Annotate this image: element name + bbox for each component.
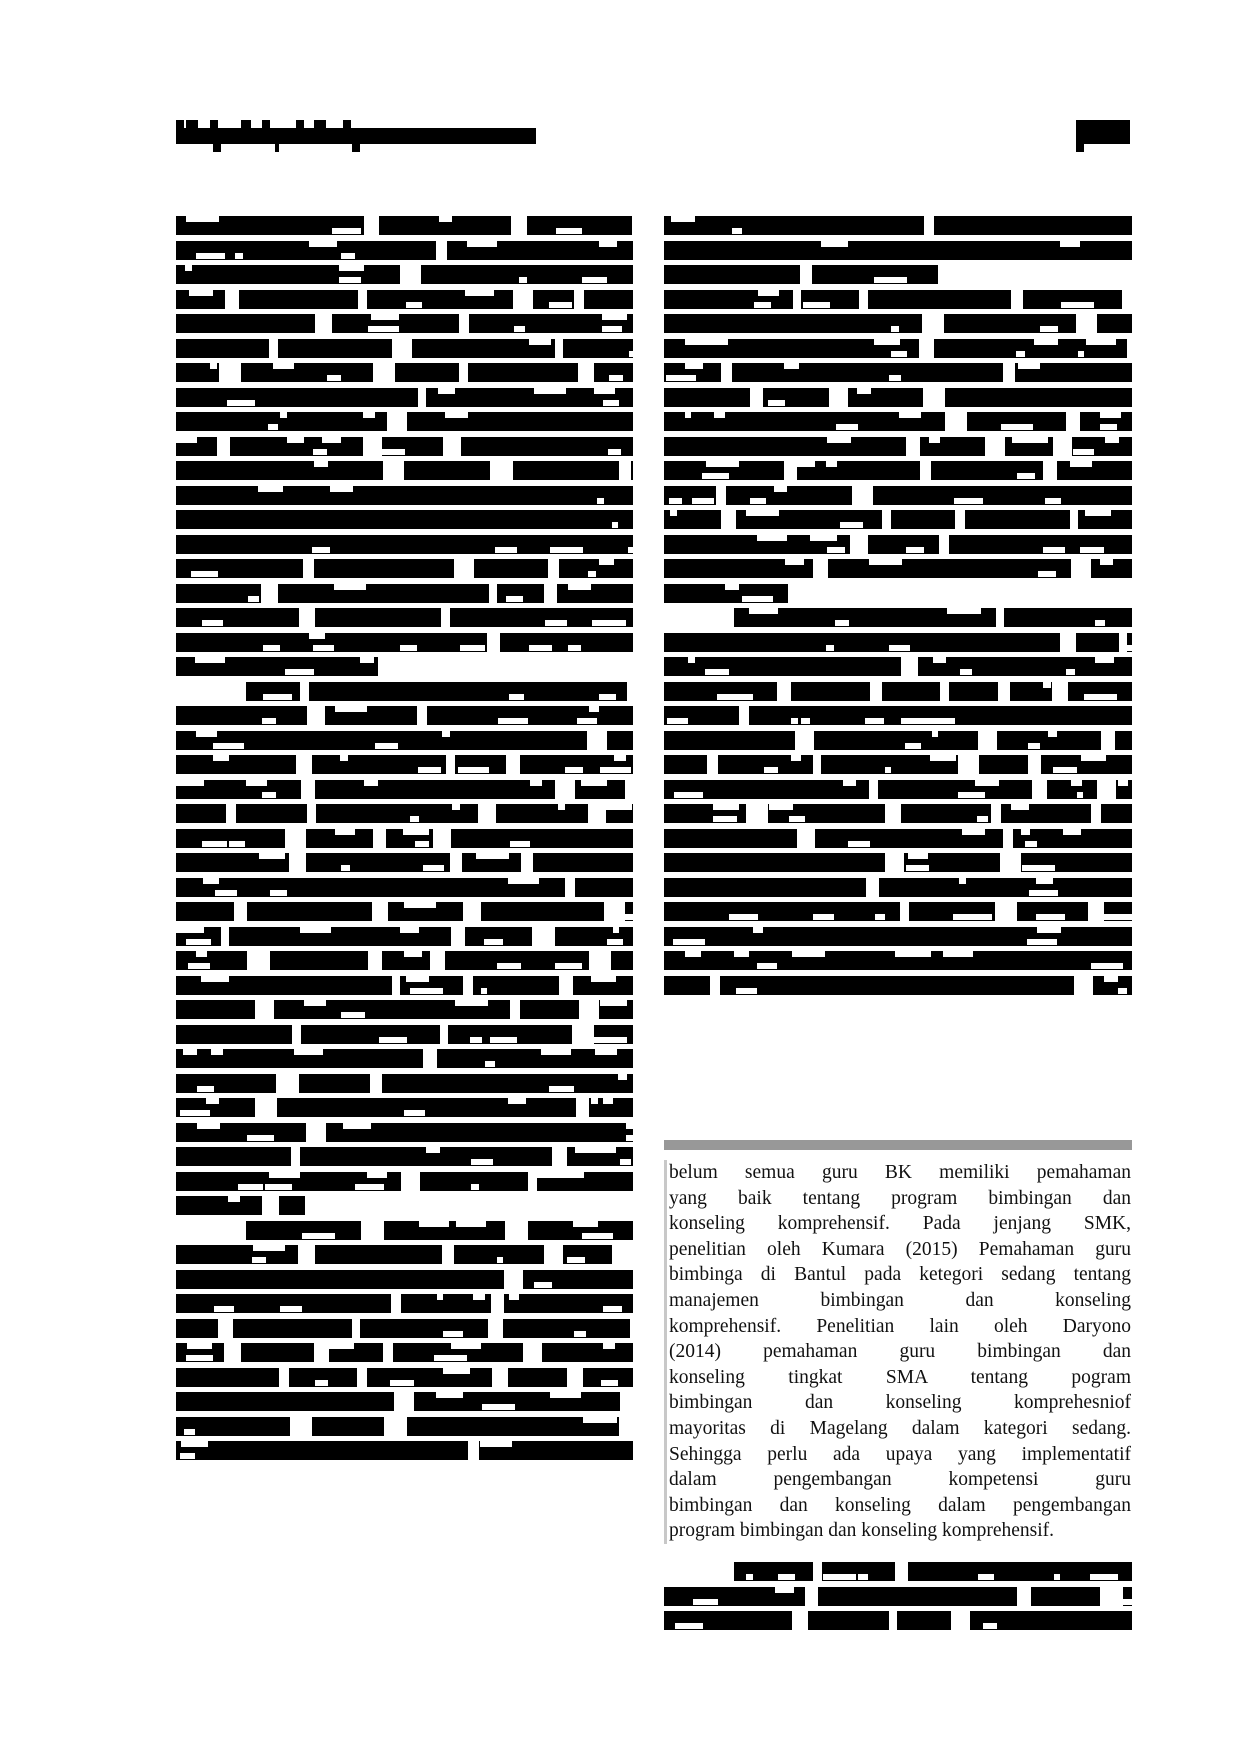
redaction-notch [352, 144, 360, 152]
redacted-line [176, 337, 633, 362]
redacted-line [176, 410, 633, 435]
redacted-line [176, 288, 633, 313]
paragraph-line: mayoritas di Magelang dalam kategori sed… [669, 1416, 1131, 1442]
redacted-line [176, 214, 633, 239]
redacted-line [664, 459, 1132, 484]
redaction-notch [186, 120, 198, 128]
redacted-paragraph [664, 606, 1132, 998]
redacted-line [176, 680, 633, 705]
redacted-line [176, 435, 633, 460]
document-page: belum semua guru BK memiliki pemahaman y… [0, 0, 1240, 1754]
redacted-line [664, 435, 1132, 460]
redacted-line [664, 410, 1132, 435]
redaction-notch [343, 120, 351, 128]
redacted-line [176, 459, 633, 484]
redacted-line [664, 508, 1132, 533]
redacted-line [176, 312, 633, 337]
redacted-line [176, 631, 633, 656]
redacted-line [664, 557, 1132, 582]
redacted-line [664, 1560, 1132, 1585]
redacted-line [176, 1023, 633, 1048]
redacted-line [176, 900, 633, 925]
redaction-notch [314, 120, 326, 128]
redacted-line [664, 533, 1132, 558]
redaction-notch [176, 120, 184, 128]
redacted-line [176, 1292, 633, 1317]
redacted-line [664, 827, 1132, 852]
redacted-line [176, 974, 633, 999]
redacted-line [176, 1341, 633, 1366]
redacted-line [176, 263, 633, 288]
redacted-line [176, 1219, 633, 1244]
redacted-line [664, 484, 1132, 509]
redacted-line [176, 1366, 633, 1391]
redacted-line [664, 1585, 1132, 1610]
redacted-line [176, 729, 633, 754]
paragraph-line: yang baik tentang program bimbingan dan [669, 1186, 1131, 1212]
redacted-line [664, 288, 1132, 313]
redacted-line [176, 1072, 633, 1097]
redacted-line [664, 704, 1132, 729]
redacted-line [176, 1194, 633, 1219]
paragraph-line: bimbingan dan konseling dalam pengembang… [669, 1493, 1131, 1519]
redacted-paragraph [176, 1219, 633, 1464]
redacted-line [664, 680, 1132, 705]
partial-line-cut [664, 1140, 1132, 1150]
redacted-line [664, 239, 1132, 264]
redacted-line [664, 729, 1132, 754]
redacted-line [664, 312, 1132, 337]
left-column [176, 214, 633, 1464]
redacted-line [176, 1121, 633, 1146]
redacted-line [176, 582, 633, 607]
redacted-line [664, 386, 1132, 411]
paragraph-line: program bimbingan dan konseling komprehe… [669, 1518, 1131, 1544]
redacted-line [176, 1170, 633, 1195]
redacted-line [176, 1439, 633, 1464]
redacted-line [664, 582, 1132, 607]
redacted-line [176, 533, 633, 558]
redacted-line [176, 778, 633, 803]
redacted-line [176, 876, 633, 901]
legible-paragraph: belum semua guru BK memiliki pemahaman y… [664, 1160, 1131, 1544]
redacted-line [176, 753, 633, 778]
redacted-line [176, 925, 633, 950]
redacted-line [664, 361, 1132, 386]
redacted-line [176, 949, 633, 974]
paragraph-line: belum semua guru BK memiliki pemahaman [669, 1160, 1131, 1186]
page-number-redaction [1076, 120, 1130, 144]
redacted-line [664, 851, 1132, 876]
redacted-line [176, 1390, 633, 1415]
redacted-line [176, 508, 633, 533]
redacted-line [176, 1145, 633, 1170]
redacted-line [664, 778, 1132, 803]
redaction-notch [1076, 144, 1084, 152]
paragraph-line: bimbingan dan konseling komprehesniof [669, 1390, 1131, 1416]
redacted-line [176, 802, 633, 827]
redacted-paragraph [664, 288, 1132, 607]
redacted-line [664, 802, 1132, 827]
redaction-notch [241, 120, 251, 128]
redaction-notch [210, 120, 218, 128]
redaction-notch [262, 120, 270, 128]
redacted-line [176, 655, 633, 680]
redacted-line [176, 239, 633, 264]
redacted-line [176, 851, 633, 876]
redacted-paragraph [664, 214, 1132, 288]
redacted-line [664, 876, 1132, 901]
paragraph-line: konseling komprehensif. Pada jenjang SMK… [669, 1211, 1131, 1237]
redaction-notch [213, 144, 221, 152]
redacted-line [176, 1317, 633, 1342]
redacted-line [664, 263, 1132, 288]
right-column-bottom [664, 1560, 1132, 1634]
paragraph-line: penelitian oleh Kumara (2015) Pemahaman … [669, 1237, 1131, 1263]
redacted-line [176, 386, 633, 411]
paragraph-line: (2014) pemahaman guru bimbingan dan [669, 1339, 1131, 1365]
redaction-notch [275, 144, 279, 152]
redacted-line [176, 704, 633, 729]
redacted-line [176, 484, 633, 509]
right-column [664, 214, 1132, 998]
paragraph-line: manajemen bimbingan dan konseling [669, 1288, 1131, 1314]
redacted-line [664, 1609, 1132, 1634]
redacted-line [664, 753, 1132, 778]
paragraph-line: dalam pengembangan kompetensi guru [669, 1467, 1131, 1493]
redacted-line [176, 1415, 633, 1440]
redacted-paragraph [176, 214, 633, 680]
redacted-line [664, 337, 1132, 362]
redacted-paragraph [664, 1560, 1132, 1634]
paragraph-line: Sehingga perlu ada upaya yang implementa… [669, 1442, 1131, 1468]
running-title-redaction [176, 128, 536, 144]
paragraph-line: komprehensif. Penelitian lain oleh Daryo… [669, 1314, 1131, 1340]
redacted-line [176, 1243, 633, 1268]
paragraph-line: bimbinga di Bantul pada ketegori sedang … [669, 1262, 1131, 1288]
redacted-line [664, 974, 1132, 999]
redacted-line [664, 606, 1132, 631]
redacted-line [664, 949, 1132, 974]
redacted-line [176, 1268, 633, 1293]
redacted-line [664, 900, 1132, 925]
redacted-line [176, 557, 633, 582]
redacted-line [176, 1047, 633, 1072]
redacted-paragraph [176, 680, 633, 1219]
redacted-line [176, 827, 633, 852]
redacted-line [176, 998, 633, 1023]
redacted-line [664, 655, 1132, 680]
redacted-line [176, 361, 633, 386]
redaction-notch [296, 120, 304, 128]
redacted-line [664, 214, 1132, 239]
paragraph-line: konseling tingkat SMA tentang pogram [669, 1365, 1131, 1391]
redacted-line [176, 1096, 633, 1121]
redacted-line [664, 631, 1132, 656]
redacted-line [664, 925, 1132, 950]
redacted-line [176, 606, 633, 631]
